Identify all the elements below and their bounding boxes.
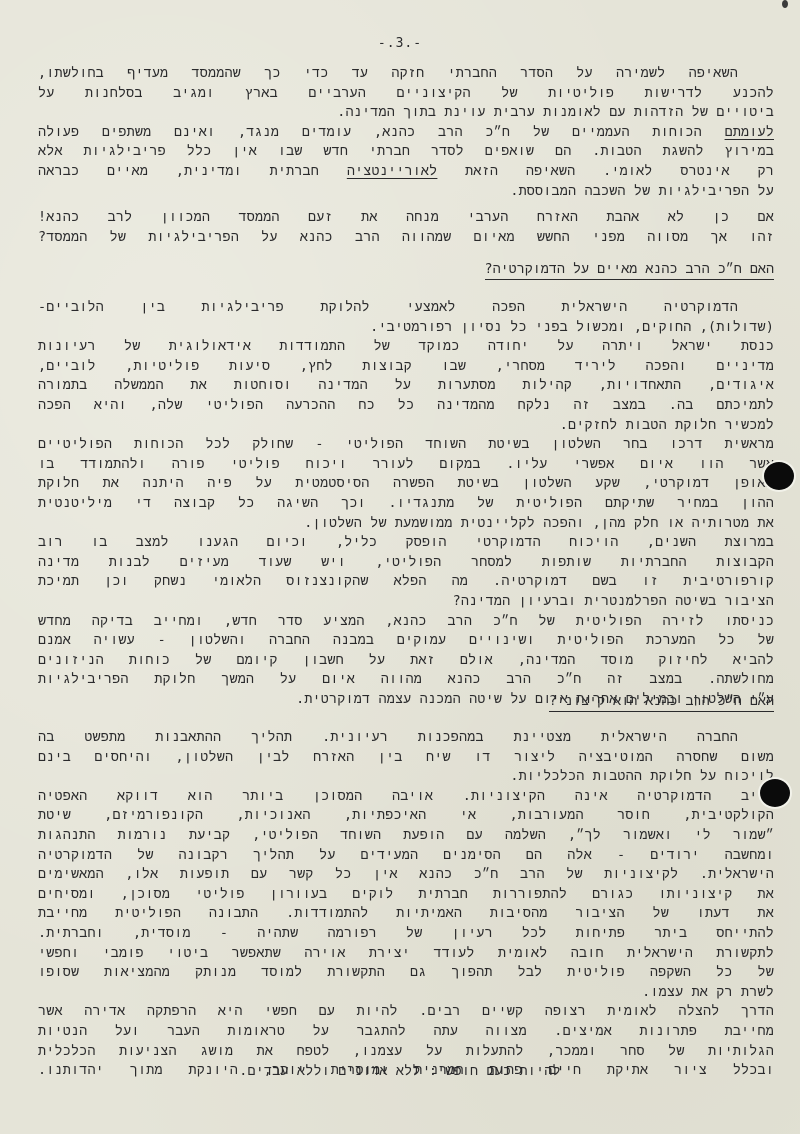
text-line: ההון במחיר שתיקתם הפוליטית של מתנגדיו. ו… bbox=[38, 494, 774, 514]
text-line: השאיפה לשמירה על הסדר החברתי חזקה עד כדי… bbox=[38, 64, 774, 84]
section-heading-extremism: האם ח״כ הרב כהנא הוא קיצוני? bbox=[549, 694, 774, 712]
text-line: רק אינטרס לאומי. השאיפה הזאת לאוריינטציה… bbox=[38, 162, 774, 182]
text-line: מחולשתה. במצב זה ח״כ הרב כהנא מהווה איום… bbox=[38, 670, 774, 690]
section-1-body: הדמוקרטיה הישראלית הפכה לאמצעי להלוקת פר… bbox=[38, 298, 774, 709]
closing-slogan: להיות כעם חופשי: ללא אדונים וללא עבדים. bbox=[0, 1062, 800, 1082]
text-line: הקולקטיבית, חוסר המעורבות, אי האיכפתיות,… bbox=[38, 806, 774, 826]
text-line: ״שמור לי ואשמור לך״, השלמה עם הופעת השוח… bbox=[38, 826, 774, 846]
text-line: מראשית דרכו בחר השלטון בשיטת השוחד הפולי… bbox=[38, 435, 774, 455]
text-line: את קיצוניותו כגורם להתפוררות חברתית לוקי… bbox=[38, 885, 774, 905]
paragraph-1: השאיפה לשמירה על הסדר החברתי חזקה עד כדי… bbox=[38, 64, 774, 201]
text-line: את מטרותיה או חלק מהן, והפכה לקליינטית מ… bbox=[38, 514, 774, 534]
text-line: של כל השקפה פוליטית לבל תהפוך גם התקשורת… bbox=[38, 963, 774, 983]
text-segment: הכוחות העממיים של ח״כ הרב כהנא, עומדים מ… bbox=[38, 125, 725, 140]
text-line: להתייחס ביתר פתיחות לכל רעיון של רפורמה … bbox=[38, 924, 774, 944]
text-line: מחייבת פתרונות אמיצים. מצווה עתה להתגבר … bbox=[38, 1022, 774, 1042]
text-segment: רק אינטרס לאומי. השאיפה הזאת bbox=[437, 164, 774, 179]
section-heading-democracy: האם ח״כ הרב כהנא מאיים על הדמוקרטיה? bbox=[485, 262, 774, 280]
text-segment: חברתית ומדינית, מאיים כבראה bbox=[38, 164, 319, 179]
text-line: הדרך להצלה לאומית רצופה קשיים רבים. להיו… bbox=[38, 1002, 774, 1022]
text-line: הדמוקרטיה הישראלית הפכה לאמצעי להלוקת פר… bbox=[38, 298, 774, 318]
ink-speck bbox=[782, 0, 788, 8]
text-line: את דעתו של הציבור מהסיבות האמיתיות להתמו… bbox=[38, 904, 774, 924]
paragraph-3: אם כן לא אהבת האזרח הערבי מנחה את זעם המ… bbox=[38, 208, 774, 247]
text-line: הישראלית. לקיצוניות של הרב ח״כ כהנא אין … bbox=[38, 865, 774, 885]
text-line: להביא לחיזוק מוסד המדינה, אולם זאת על חש… bbox=[38, 651, 774, 671]
text-line: אם כן לא אהבת האזרח הערבי מנחה את זעם המ… bbox=[38, 208, 774, 228]
underlined-word: לאוריינטציה bbox=[347, 164, 438, 179]
text-line: באופן דמוקרטי, שקע השלטון בשיטת הפשרה הס… bbox=[38, 474, 774, 494]
text-line: הגלותיות של סחר וממכר, להתעלות על עצמנו,… bbox=[38, 1042, 774, 1062]
text-line: להכנע לדרישות פוליטיות של הקיצוניים הערב… bbox=[38, 84, 774, 104]
text-line: לעומתם הכוחות העממיים של ח״כ הרב כהנא, ע… bbox=[38, 123, 774, 143]
text-line: קורפורטיבית זו בשם דמוקרטיה. מה הפלא שהק… bbox=[38, 572, 774, 592]
text-line: על הפריבילגיות של השכבה המבוססת. bbox=[38, 182, 774, 202]
text-line: של כל המערכת הפוליטית ושינויים עמוקים במ… bbox=[38, 631, 774, 651]
text-line: הציבור בשיטה הפרלמנטרית וברעיון המדינה? bbox=[38, 592, 774, 612]
text-line: החברה הישראלית מצטיינת במהפכנות רעיונית.… bbox=[38, 728, 774, 748]
underlined-word: לעומתם bbox=[725, 125, 774, 140]
text-line: כנסת ישראל ויתרה על יחודה כמוקד של התמוד… bbox=[38, 337, 774, 357]
punch-hole-bottom bbox=[760, 779, 790, 807]
text-line: מדיניים והפכה ליריד מסחרי, שבו קבוצות לח… bbox=[38, 357, 774, 377]
text-line: לויכוח על חלוקת ההטבות הכלכליות. bbox=[38, 767, 774, 787]
scanned-document-page: -.3.- השאיפה לשמירה על הסדר החברתי חזקה … bbox=[0, 0, 800, 1134]
text-line: הקבוצות החברתיות שותפות למסחר הפוליטי, ו… bbox=[38, 553, 774, 573]
text-line: (שדולות), החוקים, ומכשול בפני כל נסיון ר… bbox=[38, 318, 774, 338]
closing-line: להיות כעם חופשי: ללא אדונים וללא עבדים. bbox=[239, 1064, 560, 1079]
section-2-body: החברה הישראלית מצטיינת במהפכנות רעיונית.… bbox=[38, 728, 774, 1081]
text-line: לתקשורת הישראלית חובה לאומית לעודד יצירת… bbox=[38, 944, 774, 964]
text-line: זהו אך מסווה מפני החשש מאיום שמהווה הרב … bbox=[38, 228, 774, 248]
page-number: -.3.- bbox=[0, 36, 800, 51]
text-line: ביטויים של הזדהות עם לאומנות ערבית עוינת… bbox=[38, 103, 774, 123]
text-line: לתמיכתם בה. במצב זה נלקח מהמדינה כל כח ה… bbox=[38, 396, 774, 416]
text-line: במרוצת השנים, הויכוח הדמוקרטי הופסק כליל… bbox=[38, 533, 774, 553]
text-line: למכשיר חלוקת הטבות לחזקים. bbox=[38, 416, 774, 436]
punch-hole-top bbox=[764, 462, 794, 490]
text-line: במירוץ להשגת הטבות. הם שואפים לסדר חברתי… bbox=[38, 142, 774, 162]
text-line: אויב הדמוקרטיה אינה הקיצוניות. אויבה המס… bbox=[38, 787, 774, 807]
text-line: איגודים, התאחדויות, קהילות מסתערות על המ… bbox=[38, 376, 774, 396]
text-line: משום שחסרה המוטיבציה ליצור דו שיח בין הא… bbox=[38, 748, 774, 768]
text-line: כניסתו לזירה הפוליטית של ח״כ הרב כהנא, ה… bbox=[38, 612, 774, 632]
text-line: אשר הוו איום אפשרי עליו. במקום לעורר ויכ… bbox=[38, 455, 774, 475]
text-line: לשרת רק את עצמו. bbox=[38, 983, 774, 1003]
text-line: ומחשבה ירודים - אלה הם הסימנים המעידים ע… bbox=[38, 846, 774, 866]
